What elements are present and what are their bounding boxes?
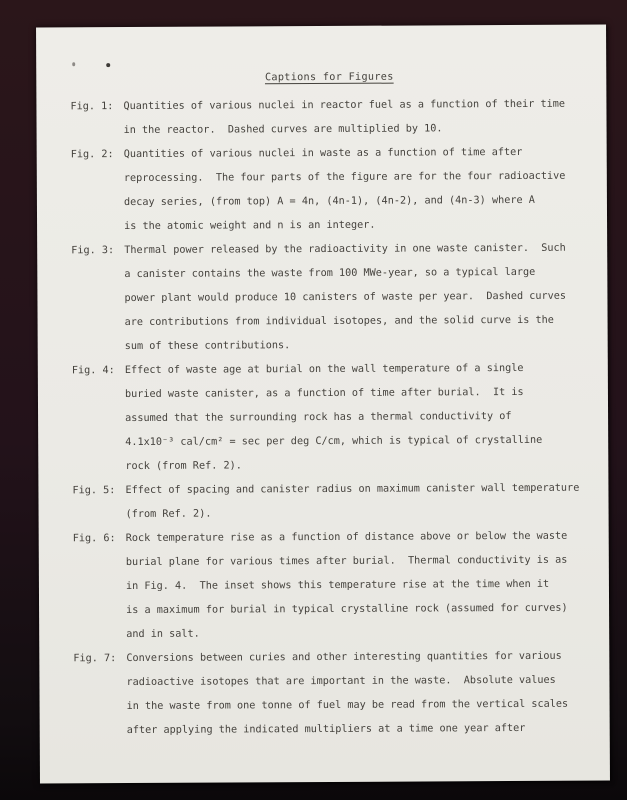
caption-line: Effect of waste age at burial on the wal… [125,357,590,383]
figure-caption-3: Fig. 3: Thermal power released by the ra… [71,237,590,360]
caption-line: is the atomic weight and n is an integer… [124,213,589,239]
caption-line: Thermal power released by the radioactiv… [124,237,589,263]
figure-caption-text: Quantities of various nuclei in reactor … [123,93,588,143]
caption-line: assumed that the surrounding rock has a … [125,405,590,431]
caption-line: reprocessing. The four parts of the figu… [124,165,589,191]
caption-line: is a maximum for burial in typical cryst… [126,597,591,623]
caption-line: in Fig. 4. The inset shows this temperat… [126,573,591,599]
document-page: Captions for Figures Fig. 1: Quantities … [36,25,610,784]
figure-label: Fig. 3: [71,239,124,263]
caption-line: Effect of spacing and canister radius on… [125,477,590,503]
caption-line: sum of these contributions. [125,333,590,359]
figure-caption-text: Effect of waste age at burial on the wal… [125,357,591,479]
figure-caption-text: Effect of spacing and canister radius on… [125,477,590,527]
figure-label: Fig. 1: [70,95,123,119]
caption-line: buried waste canister, as a function of … [125,381,590,407]
figure-label: Fig. 6: [73,527,126,551]
figure-caption-2: Fig. 2: Quantities of various nuclei in … [71,141,589,240]
caption-line: decay series, (from top) A = 4n, (4n-1),… [124,189,589,215]
page-title: Captions for Figures [70,65,588,92]
figure-caption-text: Thermal power released by the radioactiv… [124,237,590,359]
figure-caption-text: Rock temperature rise as a function of d… [126,525,592,647]
caption-line: and in salt. [126,621,591,647]
scan-speck [72,62,75,66]
caption-line: (from Ref. 2). [126,501,591,527]
caption-line: Conversions between curies and other int… [126,645,591,671]
caption-line: rock (from Ref. 2). [125,453,590,479]
figure-caption-text: Quantities of various nuclei in waste as… [124,141,589,239]
figure-caption-7: Fig. 7: Conversions between curies and o… [73,645,591,744]
figure-label: Fig. 4: [72,359,125,383]
caption-line: radioactive isotopes that are important … [126,669,591,695]
figure-caption-text: Conversions between curies and other int… [126,645,591,743]
figure-caption-1: Fig. 1: Quantities of various nuclei in … [70,93,588,144]
figure-label: Fig. 5: [72,479,125,503]
figure-label: Fig. 7: [73,647,126,671]
caption-line: a canister contains the waste from 100 M… [124,261,589,287]
figure-label: Fig. 2: [71,143,124,167]
caption-line: power plant would produce 10 canisters o… [124,285,589,311]
caption-line: in the waste from one tonne of fuel may … [127,693,592,719]
caption-line: in the reactor. Dashed curves are multip… [124,117,589,143]
caption-line: Quantities of various nuclei in waste as… [124,141,589,167]
caption-line: are contributions from individual isotop… [125,309,590,335]
caption-line: Rock temperature rise as a function of d… [126,525,591,551]
caption-line: after applying the indicated multipliers… [127,717,592,743]
scan-speck [106,63,110,67]
figure-caption-5: Fig. 5: Effect of spacing and canister r… [72,477,590,528]
caption-line: Quantities of various nuclei in reactor … [123,93,588,119]
figure-caption-4: Fig. 4: Effect of waste age at burial on… [72,357,591,480]
figure-caption-6: Fig. 6: Rock temperature rise as a funct… [73,525,592,648]
caption-line: 4.1x10⁻³ cal/cm² = sec per deg C/cm, whi… [125,429,590,455]
caption-line: burial plane for various times after bur… [126,549,591,575]
